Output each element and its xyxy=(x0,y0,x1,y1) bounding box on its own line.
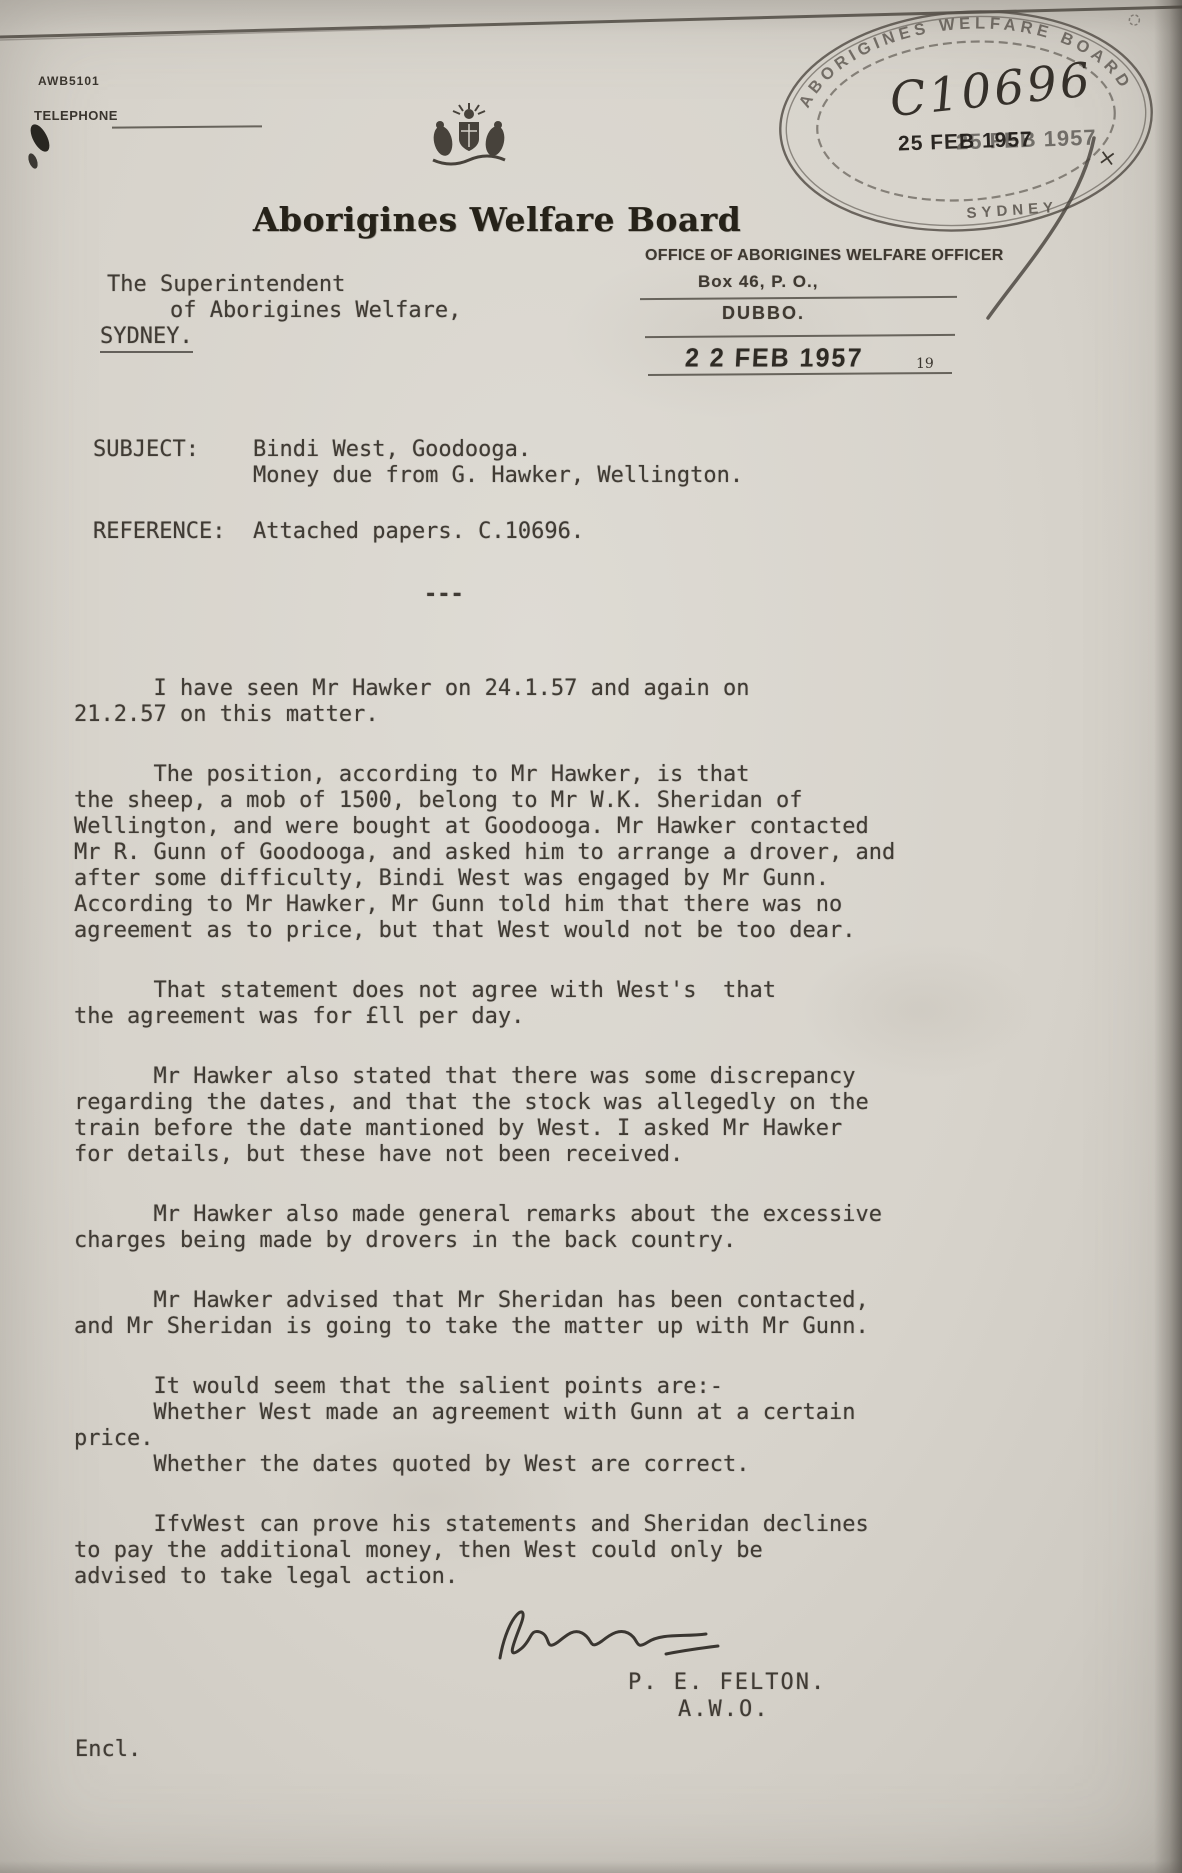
addressee-city: SYDNEY. xyxy=(100,324,193,353)
address-line-2 xyxy=(645,334,955,338)
signed-title: A.W.O. xyxy=(678,1697,769,1723)
letter-body: I have seen Mr Hawker on 24.1.57 and aga… xyxy=(74,676,920,1624)
paragraph-7: It would seem that the salient points ar… xyxy=(74,1374,920,1478)
subject-line-1: Bindi West, Goodooga. xyxy=(253,437,531,463)
address-line-1 xyxy=(640,296,957,300)
paragraph-3: That statement does not agree with West'… xyxy=(74,978,920,1030)
paragraph-8: IfvWest can prove his statements and She… xyxy=(74,1512,920,1590)
coat-of-arms-icon xyxy=(427,101,511,167)
paragraph-6: Mr Hawker advised that Mr Sheridan has b… xyxy=(74,1288,920,1340)
ink-blot xyxy=(18,116,64,176)
scanned-letter-page: AWB5101 TELEPHONE Aborigines Welfare Boa… xyxy=(0,0,1182,1873)
paper-bottom-shading xyxy=(0,1861,1182,1873)
section-divider: --- xyxy=(424,582,464,608)
reference-label: REFERENCE: xyxy=(93,519,225,545)
paragraph-4: Mr Hawker also stated that there was som… xyxy=(74,1064,920,1168)
x-mark: × xyxy=(1096,145,1118,173)
paragraph-2: The position, according to Mr Hawker, is… xyxy=(74,762,920,944)
addressee-line-2: of Aborigines Welfare, xyxy=(170,298,461,324)
office-stamp-line: OFFICE OF ABORIGINES WELFARE OFFICER xyxy=(645,247,1004,265)
telephone-blank-line xyxy=(112,125,262,128)
paragraph-1: I have seen Mr Hawker on 24.1.57 and aga… xyxy=(74,676,920,728)
organisation-title: Aborigines Welfare Board xyxy=(253,200,741,239)
reference-value: Attached papers. C.10696. xyxy=(253,519,584,545)
paragraph-5: Mr Hawker also made general remarks abou… xyxy=(74,1202,920,1254)
addressee-line-1: The Superintendent xyxy=(107,272,345,298)
date-stamp: 2 2 FEB 1957 xyxy=(684,343,864,373)
signed-name: P. E. FELTON. xyxy=(628,1670,826,1696)
po-box-line: Box 46, P. O., xyxy=(698,272,818,292)
stamp-file-number: C10696 xyxy=(887,52,1095,128)
subject-label: SUBJECT: xyxy=(93,437,199,463)
pen-tick-mark xyxy=(950,120,1120,330)
enclosure-note: Encl. xyxy=(75,1737,141,1763)
town-line: DUBBO. xyxy=(722,303,805,324)
paper-right-edge-shadow xyxy=(1154,0,1182,1873)
subject-line-2: Money due from G. Hawker, Wellington. xyxy=(253,463,743,489)
form-code: AWB5101 xyxy=(38,74,100,88)
year-prefix: 19 xyxy=(916,356,934,372)
handwritten-signature xyxy=(470,1596,750,1676)
